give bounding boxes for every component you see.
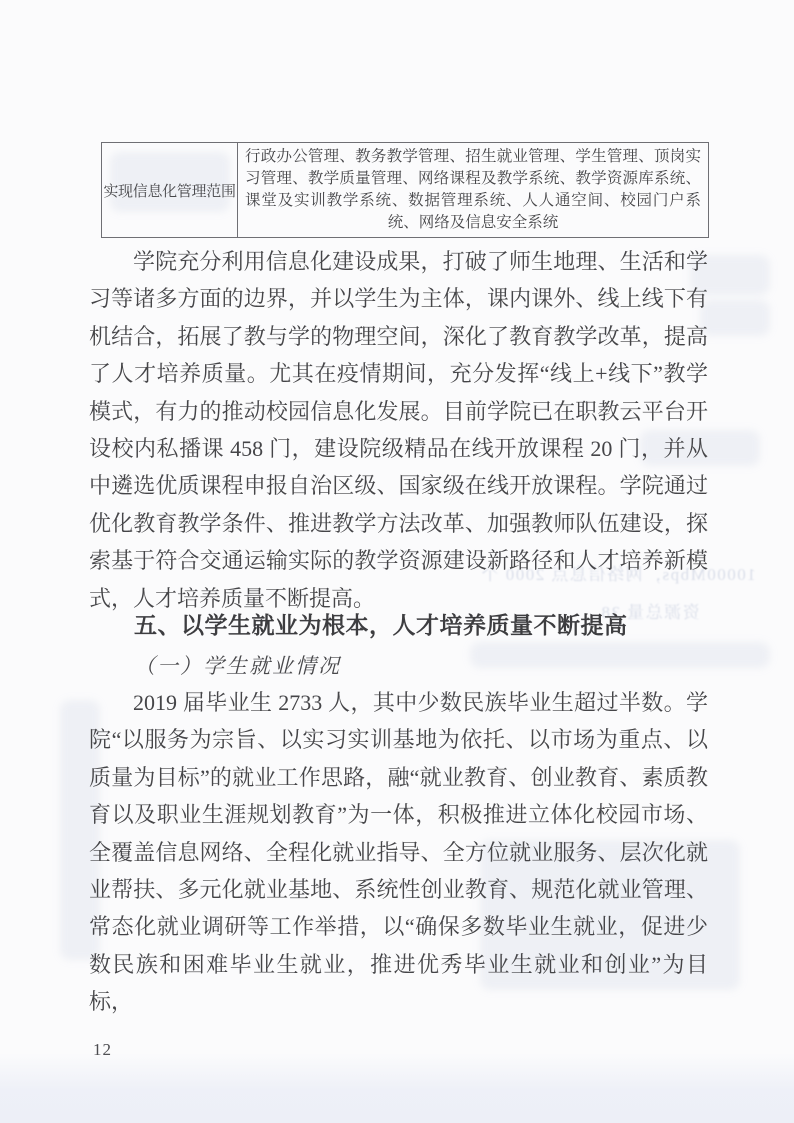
informatization-scope-table: 实现信息化管理范围 行政办公管理、教务教学管理、招生就业管理、学生管理、顶岗实习… (101, 142, 709, 238)
table-row-label: 实现信息化管理范围 (102, 143, 238, 237)
subsection-heading-employment-status: （一）学生就业情况 (89, 648, 341, 684)
scanned-document-page: 10000Mbps，网络信息点 2000 个 资源总量 38 实现信息化管理范围… (0, 0, 794, 1123)
paragraph-employment-measures: 2019 届毕业生 2733 人，其中少数民族毕业生超过半数。学院“以服务为宗旨… (89, 684, 708, 1021)
scan-bottom-tint (0, 1053, 794, 1123)
section-heading-employment: 五、以学生就业为根本，人才培养质量不断提高 (89, 606, 628, 644)
scan-smudge (470, 642, 770, 668)
scan-smudge (700, 300, 770, 336)
table-row-content: 行政办公管理、教务教学管理、招生就业管理、学生管理、顶岗实习管理、教学质量管理、… (238, 143, 708, 237)
paragraph-informatization-results: 学院充分利用信息化建设成果，打破了师生地理、生活和学习等诸多方面的边界，并以学生… (89, 243, 708, 617)
